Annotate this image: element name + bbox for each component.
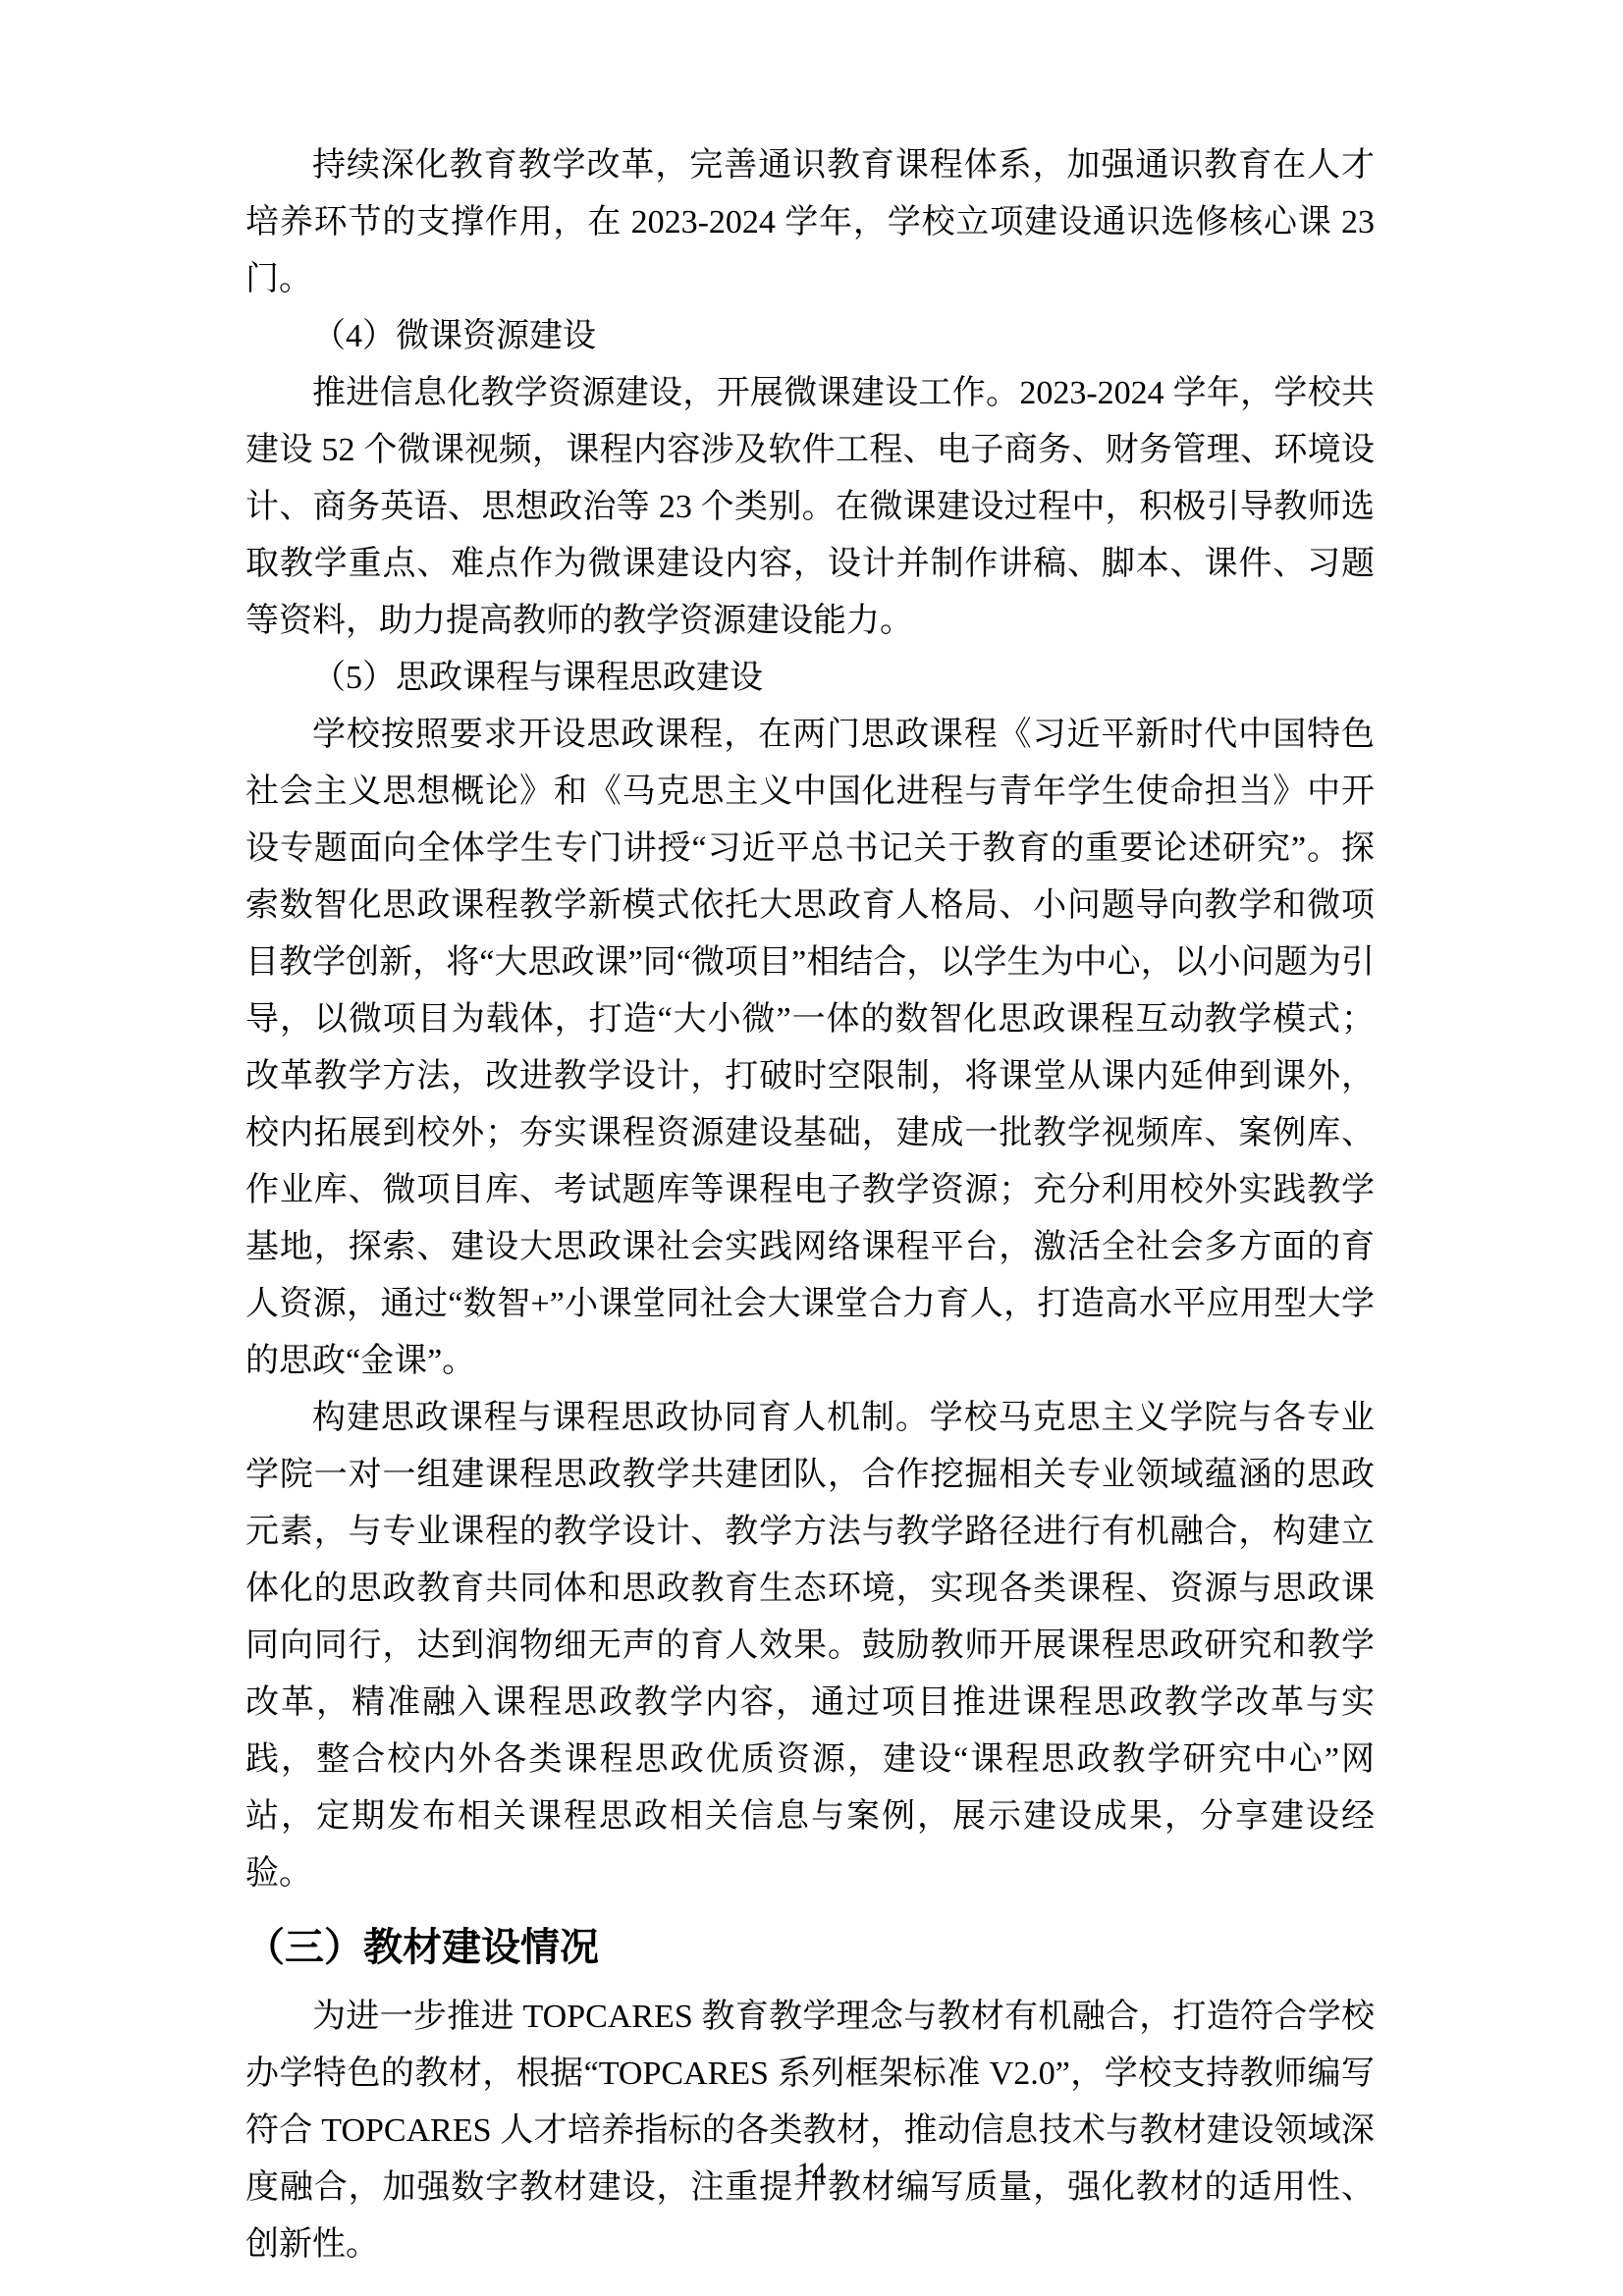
page-content: 持续深化教育教学改革，完善通识教育课程体系，加强通识教育在人才培养环节的支撑作用… (245, 137, 1375, 2273)
paragraph-collaborative-education: 构建思政课程与课程思政协同育人机制。学校马克思主义学院与各专业学院一对一组建课程… (245, 1390, 1375, 1902)
paragraph-micro-course: 推进信息化教学资源建设，开展微课建设工作。2023-2024 学年，学校共建设 … (245, 365, 1375, 650)
section-heading-textbook-construction: （三）教材建设情况 (245, 1920, 1375, 1975)
subheading-ideological-courses: （5）思政课程与课程思政建设 (245, 650, 1375, 707)
paragraph-general-education: 持续深化教育教学改革，完善通识教育课程体系，加强通识教育在人才培养环节的支撑作用… (245, 137, 1375, 308)
subheading-micro-course: （4）微课资源建设 (245, 308, 1375, 365)
paragraph-ideological-courses: 学校按照要求开设思政课程，在两门思政课程《习近平新时代中国特色社会主义思想概论》… (245, 707, 1375, 1390)
document-page: 持续深化教育教学改革，完善通识教育课程体系，加强通识教育在人才培养环节的支撑作用… (0, 0, 1623, 2296)
page-number: 14 (0, 2156, 1623, 2191)
paragraph-textbook-construction: 为进一步推进 TOPCARES 教育教学理念与教材有机融合，打造符合学校办学特色… (245, 1989, 1375, 2273)
